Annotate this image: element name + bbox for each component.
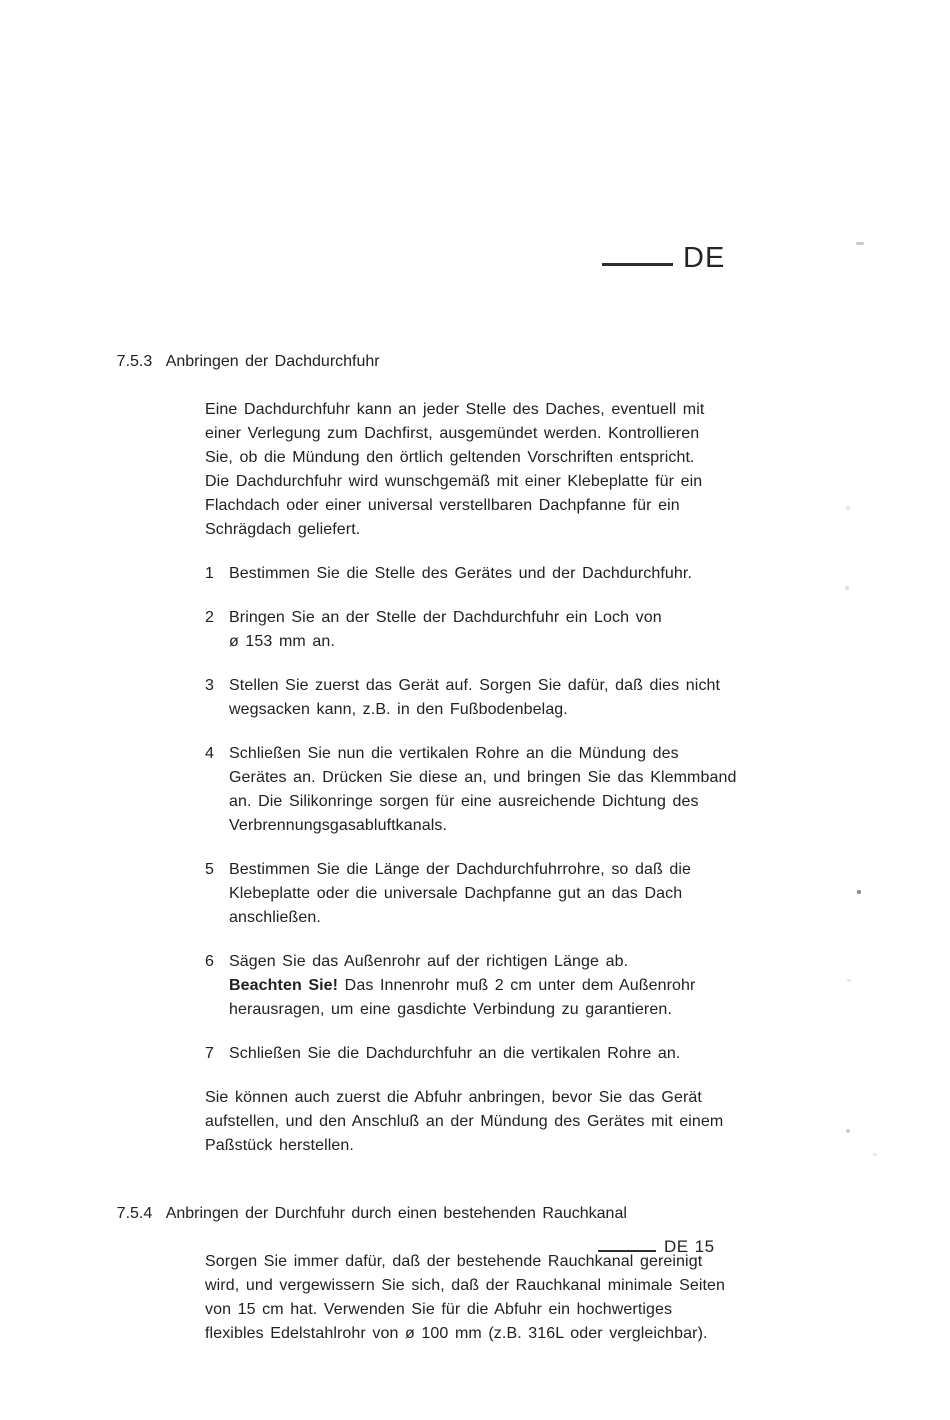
section: 7.5.4 Anbringen der Durchfuhr durch eine… (0, 1178, 950, 1346)
text-line: wird, und vergewissern Sie sich, daß der… (205, 1274, 765, 1298)
scan-artifact (857, 890, 861, 894)
footer-rule (598, 1250, 656, 1252)
step-text: Bestimmen Sie die Länge der Dachdurchfuh… (229, 858, 765, 930)
step-text: Bringen Sie an der Stelle der Dachdurchf… (229, 606, 765, 654)
text-line: Verbrennungsgasabluftkanals. (229, 814, 765, 838)
section-number: 7.5.4 (117, 1205, 159, 1222)
document-content: 7.5.3 Anbringen der Dachdurchfuhr Eine D… (0, 326, 950, 1366)
step-item: 6Sägen Sie das Außenrohr auf der richtig… (205, 950, 765, 1022)
step-item: 3Stellen Sie zuerst das Gerät auf. Sorge… (205, 674, 765, 722)
step-number: 6 (205, 950, 229, 1022)
scan-artifact (856, 242, 864, 245)
text-line: Sägen Sie das Außenrohr auf der richtige… (229, 950, 765, 974)
footer-lang: DE (664, 1237, 689, 1256)
step-item: 2Bringen Sie an der Stelle der Dachdurch… (205, 606, 765, 654)
text-line: Bestimmen Sie die Stelle des Gerätes und… (229, 562, 765, 586)
section-body: Sorgen Sie immer dafür, daß der bestehen… (205, 1250, 765, 1346)
scan-artifact (846, 1129, 850, 1133)
text-line: einer Verlegung zum Dachfirst, ausgemünd… (205, 422, 765, 446)
text-line: flexibles Edelstahlrohr von ø 100 mm (z.… (205, 1322, 765, 1346)
text-line: Bestimmen Sie die Länge der Dachdurchfuh… (229, 858, 765, 882)
text-line: Eine Dachdurchfuhr kann an jeder Stelle … (205, 398, 765, 422)
step-number: 4 (205, 742, 229, 838)
section-heading: 7.5.4 Anbringen der Durchfuhr durch eine… (78, 1178, 950, 1250)
step-text: Stellen Sie zuerst das Gerät auf. Sorgen… (229, 674, 765, 722)
text-line: an. Die Silikonringe sorgen für eine aus… (229, 790, 765, 814)
scan-artifact (847, 979, 851, 982)
step-item: 5Bestimmen Sie die Länge der Dachdurchfu… (205, 858, 765, 930)
text-line: Gerätes an. Drücken Sie diese an, und br… (229, 766, 765, 790)
text-line: Sie, ob die Mündung den örtlich geltende… (205, 446, 765, 470)
section: 7.5.3 Anbringen der Dachdurchfuhr Eine D… (0, 326, 950, 1158)
step-text: Schließen Sie die Dachdurchfuhr an die v… (229, 1042, 765, 1066)
text-line: Schließen Sie nun die vertikalen Rohre a… (229, 742, 765, 766)
section-heading: 7.5.3 Anbringen der Dachdurchfuhr (78, 326, 950, 398)
step-item: 1Bestimmen Sie die Stelle des Gerätes un… (205, 562, 765, 586)
step-text: Schließen Sie nun die vertikalen Rohre a… (229, 742, 765, 838)
footer-page-number: 15 (695, 1237, 715, 1256)
header-rule (602, 263, 673, 266)
text-line: Schließen Sie die Dachdurchfuhr an die v… (229, 1042, 765, 1066)
step-text: Bestimmen Sie die Stelle des Gerätes und… (229, 562, 765, 586)
paragraph: Sorgen Sie immer dafür, daß der bestehen… (205, 1250, 765, 1346)
language-label: DE (683, 244, 725, 273)
text-line: von 15 cm hat. Verwenden Sie für die Abf… (205, 1298, 765, 1322)
text-line: Stellen Sie zuerst das Gerät auf. Sorgen… (229, 674, 765, 698)
text-line: Die Dachdurchfuhr wird wunschgemäß mit e… (205, 470, 765, 494)
step-number: 3 (205, 674, 229, 722)
section-title: Anbringen der Durchfuhr durch einen best… (166, 1205, 627, 1222)
text-line: Beachten Sie! Das Innenrohr muß 2 cm unt… (229, 974, 765, 998)
step-number: 7 (205, 1042, 229, 1066)
text-line: Klebeplatte oder die universale Dachpfan… (229, 882, 765, 906)
text-line: anschließen. (229, 906, 765, 930)
paragraph: Eine Dachdurchfuhr kann an jeder Stelle … (205, 398, 765, 542)
scan-artifact (845, 586, 849, 590)
text-line: Sie können auch zuerst die Abfuhr anbrin… (205, 1086, 765, 1110)
step-item: 4Schließen Sie nun die vertikalen Rohre … (205, 742, 765, 838)
footer-page-label: DE 15 (664, 1237, 715, 1257)
text-line: Flachdach oder einer universal verstellb… (205, 494, 765, 518)
step-item: 7Schließen Sie die Dachdurchfuhr an die … (205, 1042, 765, 1066)
section-body: Eine Dachdurchfuhr kann an jeder Stelle … (205, 398, 765, 1158)
step-text: Sägen Sie das Außenrohr auf der richtige… (229, 950, 765, 1022)
step-number: 5 (205, 858, 229, 930)
text-line: herausragen, um eine gasdichte Verbindun… (229, 998, 765, 1022)
page-footer: DE 15 (598, 1237, 715, 1257)
text-line: aufstellen, und den Anschluß an der Münd… (205, 1110, 765, 1134)
text-line: ø 153 mm an. (229, 630, 765, 654)
section-title: Anbringen der Dachdurchfuhr (166, 353, 380, 370)
scan-artifact (873, 1153, 877, 1156)
text-line: Bringen Sie an der Stelle der Dachdurchf… (229, 606, 765, 630)
paragraph: Sie können auch zuerst die Abfuhr anbrin… (205, 1086, 765, 1158)
text-line: Paßstück herstellen. (205, 1134, 765, 1158)
step-number: 1 (205, 562, 229, 586)
scan-artifact (846, 506, 850, 510)
language-header: DE (602, 244, 725, 273)
step-number: 2 (205, 606, 229, 654)
section-number: 7.5.3 (117, 353, 159, 370)
document-page: DE 7.5.3 Anbringen der Dachdurchfuhr Ein… (0, 0, 950, 1420)
bold-lead: Beachten Sie! (229, 977, 338, 994)
text-line: Schrägdach geliefert. (205, 518, 765, 542)
text-line: wegsacken kann, z.B. in den Fußbodenbela… (229, 698, 765, 722)
